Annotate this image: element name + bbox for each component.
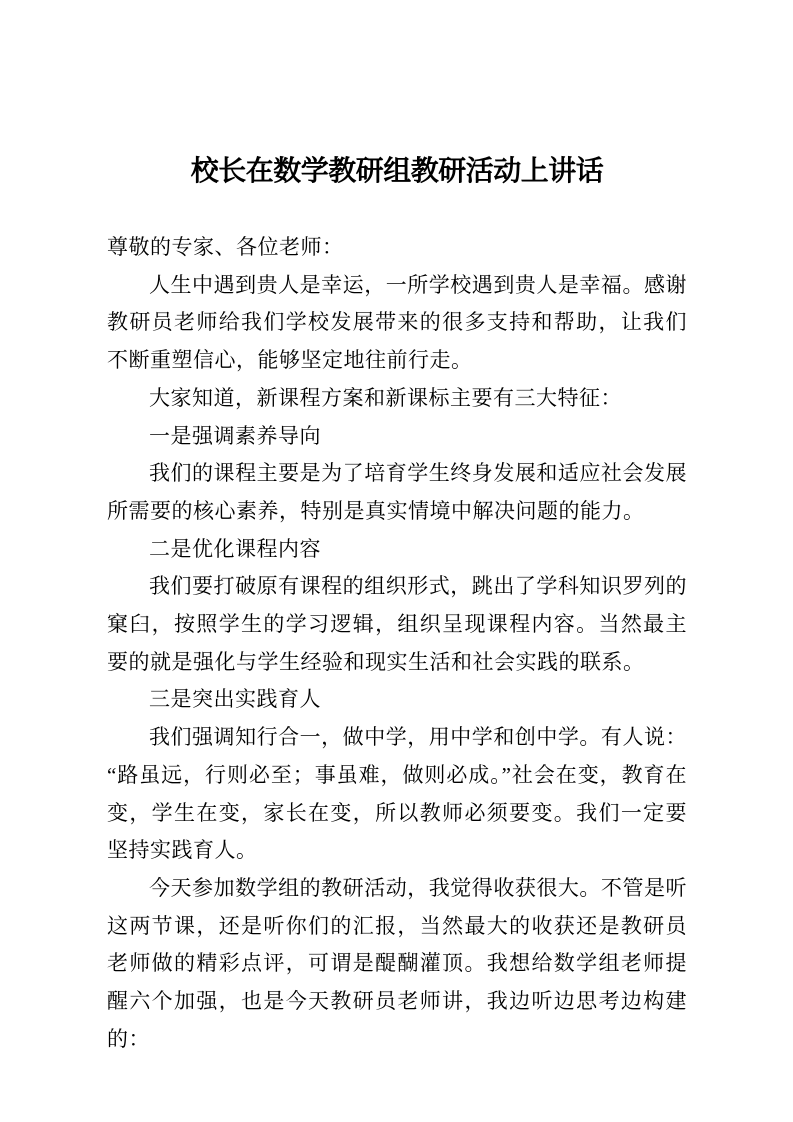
document-body: 尊敬的专家、各位老师： 人生中遇到贵人是幸运，一所学校遇到贵人是幸福。感谢教研员… bbox=[107, 229, 687, 1058]
subheading-feature-1: 一是强调素养导向 bbox=[107, 418, 687, 456]
paragraph-closing: 今天参加数学组的教研活动，我觉得收获很大。不管是听这两节课，还是听你们的汇报，当… bbox=[107, 870, 687, 1059]
subheading-feature-2: 二是优化课程内容 bbox=[107, 531, 687, 569]
document-title: 校长在数学教研组教研活动上讲话 bbox=[107, 0, 687, 191]
paragraph-feature-3-detail: 我们强调知行合一，做中学，用中学和创中学。有人说：“路虽远，行则必至；事虽难，做… bbox=[107, 719, 687, 870]
paragraph-feature-1-detail: 我们的课程主要是为了培育学生终身发展和适应社会发展所需要的核心素养，特别是真实情… bbox=[107, 455, 687, 530]
paragraph-feature-2-detail: 我们要打破原有课程的组织形式，跳出了学科知识罗列的窠臼，按照学生的学习逻辑，组织… bbox=[107, 568, 687, 681]
paragraph-three-features-lead: 大家知道，新课程方案和新课标主要有三大特征： bbox=[107, 380, 687, 418]
greeting-line: 尊敬的专家、各位老师： bbox=[107, 229, 687, 267]
subheading-feature-3: 三是突出实践育人 bbox=[107, 681, 687, 719]
paragraph-intro: 人生中遇到贵人是幸运，一所学校遇到贵人是幸福。感谢教研员老师给我们学校发展带来的… bbox=[107, 267, 687, 380]
document-page: 校长在数学教研组教研活动上讲话 尊敬的专家、各位老师： 人生中遇到贵人是幸运，一… bbox=[0, 0, 793, 1122]
